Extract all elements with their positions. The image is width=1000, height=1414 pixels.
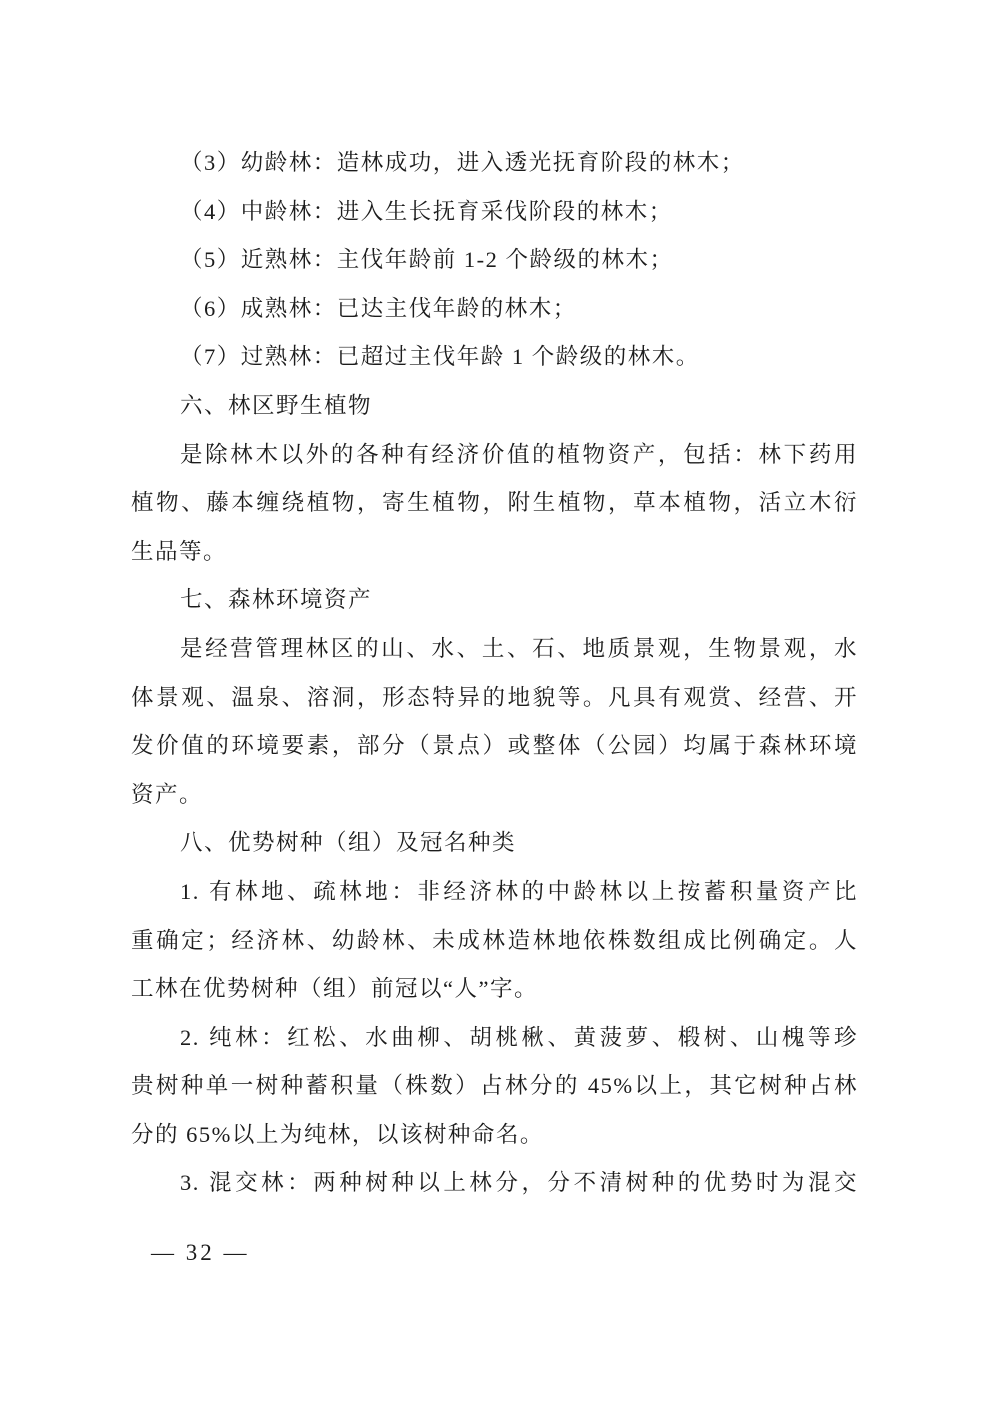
section-8-item-1-line: 工林在优势树种（组）前冠以“人”字。 <box>131 965 858 1014</box>
definition-item-4: （4）中龄林：进入生长抚育采伐阶段的林木； <box>131 188 858 237</box>
section-8-item-1-line: 重确定；经济林、幼龄林、未成林造林地依株数组成比例确定。人 <box>131 917 858 966</box>
section-8-item-2-line: 2. 纯林：红松、水曲柳、胡桃楸、黄菠萝、椴树、山槐等珍 <box>131 1014 858 1063</box>
section-6-paragraph-line: 是除林木以外的各种有经济价值的植物资产，包括：林下药用 <box>131 431 858 480</box>
section-7-paragraph-line: 体景观、温泉、溶洞，形态特异的地貌等。凡具有观赏、经营、开 <box>131 674 858 723</box>
definition-item-5: （5）近熟林：主伐年龄前 1-2 个龄级的林木； <box>131 236 858 285</box>
document-body: （3）幼龄林：造林成功，进入透光抚育阶段的林木； （4）中龄林：进入生长抚育采伐… <box>131 139 858 1208</box>
section-7-heading: 七、森林环境资产 <box>131 576 858 625</box>
definition-item-7: （7）过熟林：已超过主伐年龄 1 个龄级的林木。 <box>131 333 858 382</box>
page-number: — 32 — <box>151 1229 250 1277</box>
section-6-paragraph-line: 生品等。 <box>131 528 858 577</box>
section-8-heading: 八、优势树种（组）及冠名种类 <box>131 819 858 868</box>
definition-item-6: （6）成熟林：已达主伐年龄的林木； <box>131 285 858 334</box>
section-6-paragraph-line: 植物、藤本缠绕植物，寄生植物，附生植物，草本植物，活立木衍 <box>131 479 858 528</box>
section-8-item-1-line: 1. 有林地、疏林地：非经济林的中龄林以上按蓄积量资产比 <box>131 868 858 917</box>
section-7-paragraph-line: 资产。 <box>131 771 858 820</box>
section-8-item-2-line: 分的 65%以上为纯林，以该树种命名。 <box>131 1111 858 1160</box>
section-8-item-3-line: 3. 混交林：两种树种以上林分，分不清树种的优势时为混交 <box>131 1159 858 1208</box>
section-8-item-2-line: 贵树种单一树种蓄积量（株数）占林分的 45%以上，其它树种占林 <box>131 1062 858 1111</box>
section-6-heading: 六、林区野生植物 <box>131 382 858 431</box>
section-7-paragraph-line: 是经营管理林区的山、水、土、石、地质景观，生物景观，水 <box>131 625 858 674</box>
section-7-paragraph-line: 发价值的环境要素，部分（景点）或整体（公园）均属于森林环境 <box>131 722 858 771</box>
definition-item-3: （3）幼龄林：造林成功，进入透光抚育阶段的林木； <box>131 139 858 188</box>
